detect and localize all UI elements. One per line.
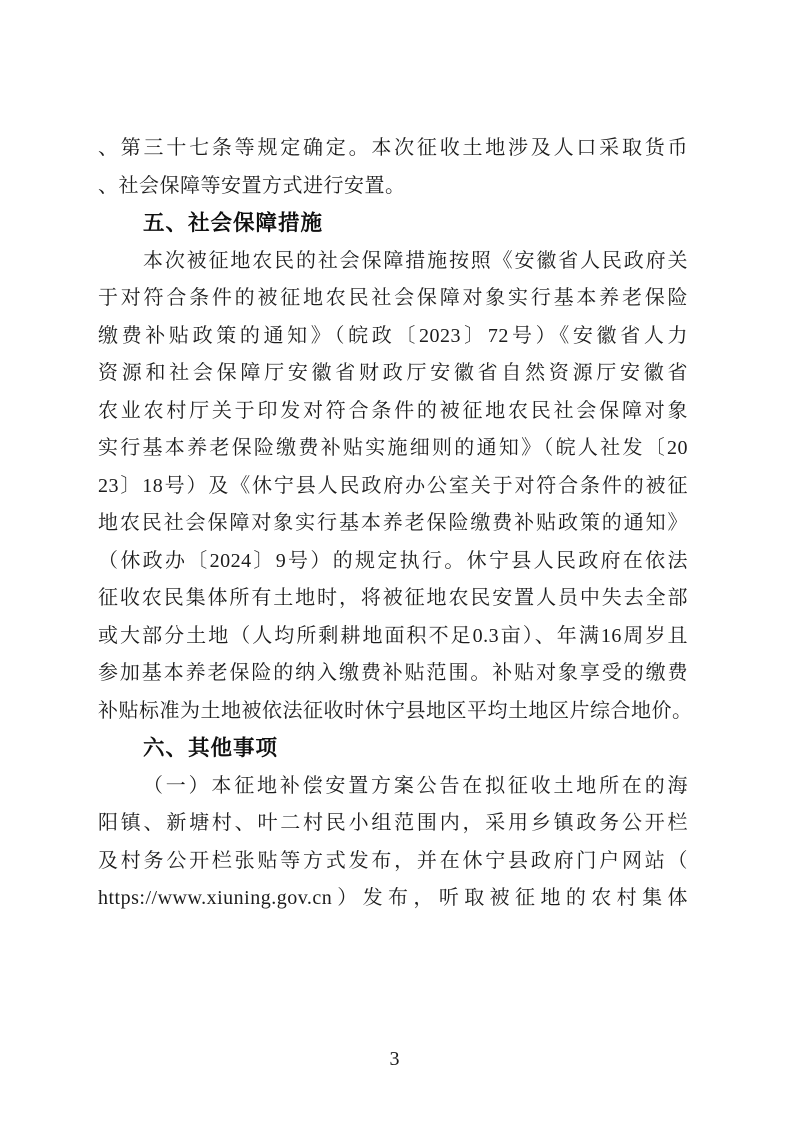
doc-line: 缴费补贴政策的通知》（皖政〔2023〕72号）《安徽省人力: [98, 318, 688, 356]
document-page: 、第三十七条等规定确定。本次征收土地涉及人口采取货币 、社会保障等安置方式进行安…: [0, 0, 789, 1122]
doc-line: 23〕18号）及《休宁县人民政府办公室关于对符合条件的被征: [98, 468, 688, 506]
doc-line: （休政办〔2024〕9号）的规定执行。休宁县人民政府在依法: [98, 543, 688, 581]
doc-line: 参加基本养老保险的纳入缴费补贴范围。补贴对象享受的缴费: [98, 655, 688, 693]
doc-line: 、第三十七条等规定确定。本次征收土地涉及人口采取货币: [98, 130, 688, 168]
doc-line: 农业农村厅关于印发对符合条件的被征地农民社会保障对象: [98, 393, 688, 431]
document-body: 、第三十七条等规定确定。本次征收土地涉及人口采取货币 、社会保障等安置方式进行安…: [98, 130, 688, 918]
doc-line: （一）本征地补偿安置方案公告在拟征收土地所在的海: [98, 768, 688, 806]
doc-line: 及村务公开栏张贴等方式发布，并在休宁县政府门户网站（: [98, 843, 688, 881]
page-number: 3: [0, 1048, 789, 1071]
doc-line: 本次被征地农民的社会保障措施按照《安徽省人民政府关: [98, 243, 688, 281]
doc-line: https://www.xiuning.gov.cn）发布，听取被征地的农村集体: [98, 880, 688, 918]
doc-line: 或大部分土地（人均所剩耕地面积不足0.3亩）、年满16周岁且: [98, 618, 688, 656]
doc-line: 补贴标准为土地被依法征收时休宁县地区平均土地区片综合地价。: [98, 693, 688, 731]
section-heading-social-security: 五、社会保障措施: [98, 205, 688, 243]
section-heading-other-matters: 六、其他事项: [98, 730, 688, 768]
doc-line: 阳镇、新塘村、叶二村民小组范围内，采用乡镇政务公开栏: [98, 805, 688, 843]
doc-line: 、社会保障等安置方式进行安置。: [98, 168, 688, 206]
doc-line: 征收农民集体所有土地时，将被征地农民安置人员中失去全部: [98, 580, 688, 618]
doc-line: 实行基本养老保险缴费补贴实施细则的通知》（皖人社发〔20: [98, 430, 688, 468]
doc-line: 于对符合条件的被征地农民社会保障对象实行基本养老保险: [98, 280, 688, 318]
doc-line: 资源和社会保障厅安徽省财政厅安徽省自然资源厅安徽省: [98, 355, 688, 393]
doc-line: 地农民社会保障对象实行基本养老保险缴费补贴政策的通知》: [98, 505, 688, 543]
